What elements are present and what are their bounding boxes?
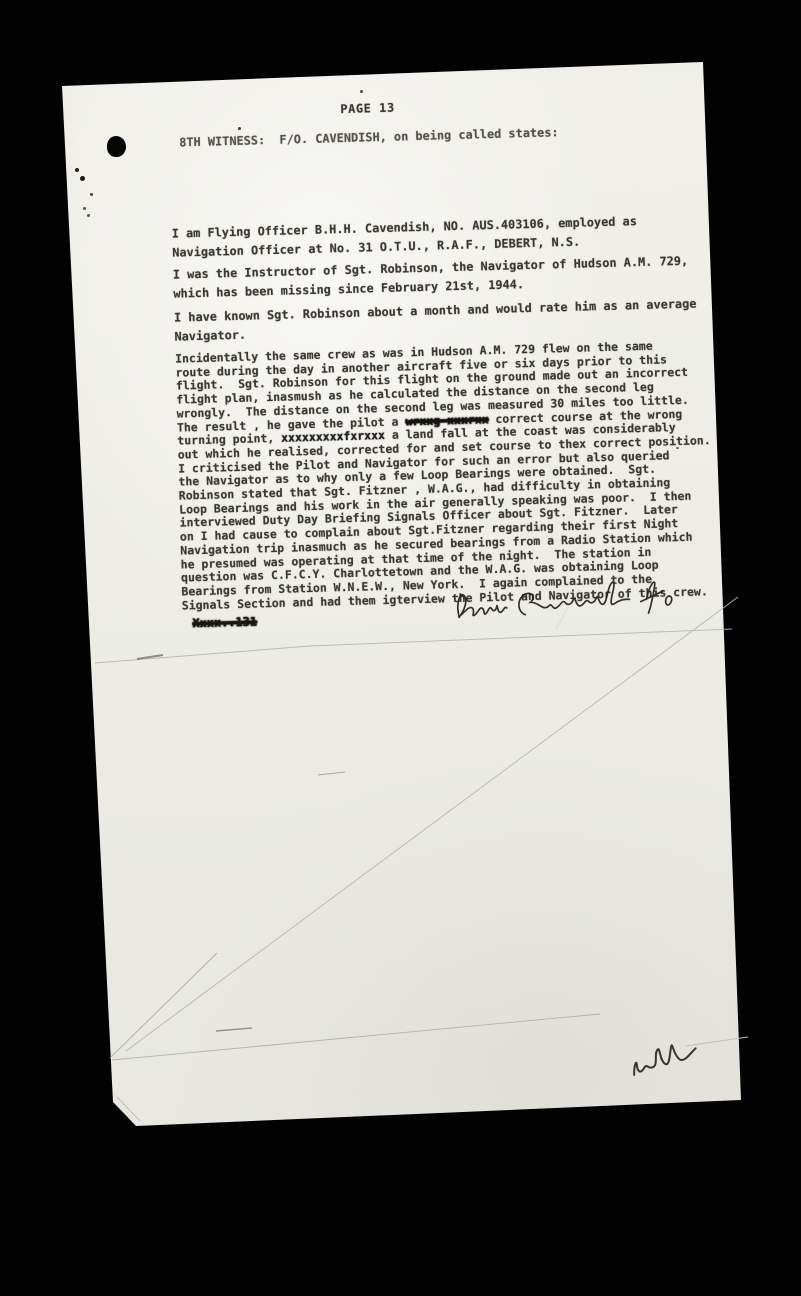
- paper-speck: [75, 168, 79, 172]
- page-number-heading: PAGE 13: [340, 101, 395, 116]
- hole-punch-mark: [107, 136, 126, 157]
- scan-background: PAGE 13 8TH WITNESS: F/O. CAVENDISH, on …: [0, 0, 801, 1296]
- typed-text-block: PAGE 13 8TH WITNESS: F/O. CAVENDISH, on …: [158, 79, 782, 615]
- witness-heading: 8TH WITNESS: F/O. CAVENDISH, on being ca…: [179, 125, 559, 149]
- paragraph: I have known Sgt. Robinson about a month…: [174, 294, 708, 345]
- paper-speck: [87, 214, 90, 217]
- paper-speck: [80, 176, 85, 181]
- paper-speck: [90, 193, 93, 196]
- paper-speck: [83, 207, 86, 210]
- struck-out-note: Xxxx..131: [192, 615, 257, 631]
